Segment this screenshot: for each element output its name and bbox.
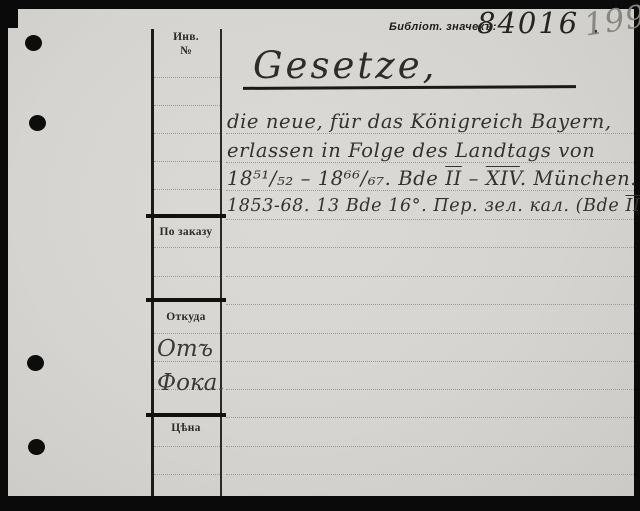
entry-line-3-roman-1: II <box>445 167 462 190</box>
rule-line <box>226 446 634 447</box>
entry-line-3-roman-2: XIV <box>486 167 520 190</box>
rule-line <box>226 474 634 475</box>
column-border-right <box>220 29 222 496</box>
entry-line-3-suffix: . München. <box>520 167 637 190</box>
rule-line <box>226 162 634 163</box>
rule-line <box>226 276 634 277</box>
catalog-card-scan: Инв. № По заказу Откуда Цѣна Отъ Фока. Б… <box>0 0 640 511</box>
punch-hole <box>27 355 44 371</box>
label-inventory-number-line1: Инв. <box>152 31 220 43</box>
section-separator <box>146 298 226 302</box>
entry-title: Gesetze, <box>253 44 437 87</box>
rule-line <box>154 247 220 248</box>
entry-line-4-prefix: 1853-68. 13 Bde 16°. Пер. зел. кал. (Bde <box>227 196 625 216</box>
entry-line-1: die neue, für das Königreich Bayern, <box>227 110 612 133</box>
rule-line <box>154 333 220 334</box>
rule-line <box>226 333 634 334</box>
otkuda-value-line2: Фока. <box>157 370 225 396</box>
rule-line <box>226 133 634 134</box>
rule-line <box>226 361 634 362</box>
rule-line <box>226 304 634 305</box>
otkuda-value-line1: Отъ <box>157 336 213 362</box>
label-tsena: Цѣна <box>152 422 220 434</box>
rule-line <box>154 189 220 190</box>
rule-line <box>226 247 634 248</box>
entry-line-4: 1853-68. 13 Bde 16°. Пер. зел. кал. (Bde… <box>227 196 640 216</box>
entry-line-4-roman-1: II <box>625 196 640 216</box>
rule-line <box>154 276 220 277</box>
section-separator <box>146 214 226 218</box>
scan-edge-bottom <box>0 496 640 511</box>
rule-line <box>154 133 220 134</box>
punch-hole <box>25 35 42 51</box>
rule-line <box>226 190 634 191</box>
punch-hole <box>29 115 46 131</box>
entry-line-3: 18⁵¹/₅₂ – 18⁶⁶/₆₇. Bde II – XIV. München… <box>227 167 637 190</box>
scan-edge-right <box>634 0 640 511</box>
rule-line <box>154 105 220 106</box>
label-po-zakazu: По заказу <box>152 226 220 238</box>
entry-line-2: erlassen in Folge des Landtags von <box>227 139 595 162</box>
rule-line <box>226 219 634 220</box>
scan-edge-left <box>0 0 8 511</box>
entry-line-3-sep: – <box>462 167 486 190</box>
label-inventory-number-line2: № <box>152 45 220 57</box>
label-otkuda: Откуда <box>152 311 220 323</box>
rule-line <box>226 417 634 418</box>
entry-line-3-prefix: 18⁵¹/₅₂ – 18⁶⁶/₆₇. Bde <box>227 167 445 190</box>
rule-line <box>154 474 220 475</box>
rule-line <box>154 446 220 447</box>
rule-line <box>154 77 220 78</box>
section-separator <box>146 413 226 417</box>
rule-line <box>154 161 220 162</box>
rule-line <box>226 389 634 390</box>
scan-edge-corner <box>0 0 18 28</box>
punch-hole <box>28 439 45 455</box>
